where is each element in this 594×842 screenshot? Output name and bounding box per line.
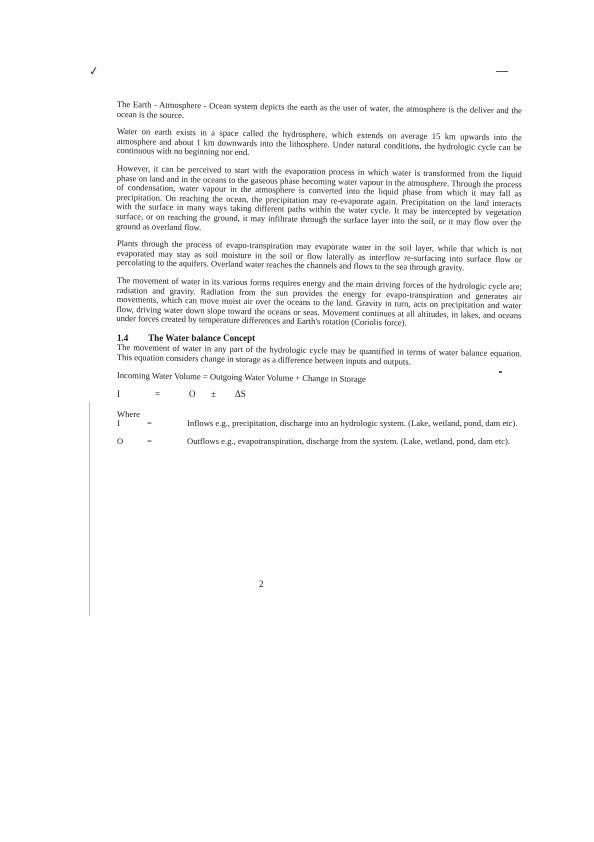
margin-dash-mark <box>496 71 508 72</box>
paragraph-driving-forces: The movement of water in its various for… <box>116 276 522 330</box>
equation-plus-minus: ± <box>211 390 235 400</box>
document-body: The Earth - Atmosphere - Ocean system de… <box>117 100 522 455</box>
checkmark-annotation-icon: ✓ <box>88 63 100 79</box>
definition-row: I = Inflows e.g., precipitation, dischar… <box>117 419 522 429</box>
definition-text: Inflows e.g., precipitation, discharge i… <box>187 419 522 429</box>
water-balance-equation: I = O ± ΔS <box>117 390 522 400</box>
word-equation: Incoming Water Volume = Outgoing Water V… <box>117 371 522 387</box>
definition-equals: = <box>147 419 187 429</box>
paragraph-evaporation: However, it can be perceived to start wi… <box>116 164 522 238</box>
page-number: 2 <box>259 579 264 589</box>
equation-equals: = <box>155 390 189 400</box>
section-intro: The movement of water in any part of the… <box>117 343 522 369</box>
equation-lhs: I <box>117 390 155 400</box>
scan-margin-line <box>89 402 90 616</box>
equation-outflow: O <box>189 390 211 400</box>
definition-row: O = Outflows e.g., evapotranspiration, d… <box>117 437 522 447</box>
equation-delta-s: ΔS <box>235 390 246 400</box>
definition-symbol: O <box>117 437 147 447</box>
document-page: ✓ The Earth - Atmosphere - Ocean system … <box>0 0 594 842</box>
definition-equals: = <box>147 437 187 447</box>
definition-text: Outflows e.g., evapotranspiration, disch… <box>187 437 522 447</box>
definition-symbol: I <box>117 419 147 429</box>
paragraph-earth-system: The Earth - Atmosphere - Ocean system de… <box>117 100 522 126</box>
paragraph-hydrosphere: Water on earth exists in a space called … <box>117 127 522 162</box>
paragraph-plants: Plants through the process of evapo-tran… <box>117 239 522 274</box>
